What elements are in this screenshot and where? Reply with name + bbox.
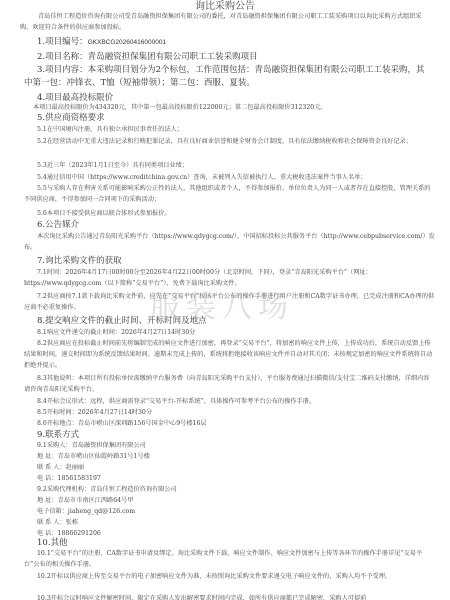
project-number-label: 1.项目编号：: [37, 37, 88, 47]
qualification-item: 5.6本项目不接受供应商以联合体形式参加报价。: [37, 208, 435, 219]
section-7-heading: 7.询比采购文件的获取: [37, 254, 122, 266]
section-10-heading: 10.其他: [37, 536, 68, 548]
qualification-item: 5.1在中国境内注册，具有独立承担民事责任的法人；: [37, 124, 435, 135]
media-text: 本次询比采购公告通过青岛阳光采购平台（https://www.qdygcg.co…: [24, 231, 435, 253]
deadline-item: 8.2供应商应在投标截止时间前先将编制完成的响应文件进行加密，再登录“交易平台”…: [24, 338, 435, 371]
contact-line: 联 系 人：赵丽丽: [37, 462, 435, 473]
contact-line: 9.2采购代理机构：青岛佳恒工程造价咨询有限公司: [37, 484, 435, 495]
document-acquisition-item: 7.2供应商按7.1款下载询比采购文件前，应先在“交易平台”按该平台公布的操作手…: [24, 291, 435, 313]
project-content-label: 3.项目内容：: [37, 65, 88, 75]
section-2: 2.项目名称：青岛融资担保集团有限公司职工工装采购项目: [37, 50, 258, 62]
section-5-heading: 5.供应商资格要求: [37, 111, 105, 123]
contact-line: 地 址：青岛市崂山区仙霞岭路31号1号楼: [37, 451, 435, 462]
contact-line: 联 系 人：张栋: [37, 517, 435, 528]
section-1: 1.项目编号：GKXBCG20260416000001: [37, 35, 166, 47]
project-number-value: GKXBCG20260416000001: [88, 39, 166, 46]
contact-line: 9.1采购人：青岛融资担保集团有限公司: [37, 440, 435, 451]
section-3: 3.项目内容：本采购项目划分为2个标包，工作范围包括：青岛融资担保集团有限公司职…: [24, 64, 432, 90]
deadline-item: 8.5开标时间：2026年4月27日14时30分: [37, 407, 435, 418]
contact-line: 电 话：18866291206: [37, 528, 435, 539]
document-acquisition-item: 7.1时间：2026年4月17日00时00分至2026年4月22日00时00分（…: [24, 267, 435, 289]
deadline-item: 8.3其他说明：本项目所有投标单位需缴纳平台服务费（向青岛阳光采购平台支付），平…: [24, 373, 435, 395]
contact-line: 地 址：青岛市市南区江西路64号甲: [37, 495, 435, 506]
deadline-item: 8.4开标会议形式：远程，供应商需登录“交易平台-开标系统”，具体操作可参考平台…: [37, 396, 435, 407]
project-name-label: 2.项目名称：: [37, 52, 88, 62]
qualification-item: 5.3近三年（2023年1月1日至今）具有同类项目业绩；: [37, 160, 435, 171]
qualification-item: 5.4通过信用中国（https://www.creditchina.gov.cn…: [37, 172, 435, 183]
other-item: 10.2开标以供应商上传至交易平台的电子加密响应文件为准，未按照询比采购文件要求…: [24, 571, 435, 582]
deadline-item: 8.1响应文件递交的截止时间：2026年4月27日14时30分: [37, 327, 435, 338]
contact-email[interactable]: 电子信箱：jiaheng_qd@126.com: [37, 506, 435, 517]
section-9-heading: 9.联系方式: [37, 428, 79, 440]
other-item: 10.3开标会议时响应文件解密时间，限定在采购人发出解密要求时间内完成，如所有供…: [24, 593, 435, 600]
section-6-heading: 6.公告媒介: [37, 218, 79, 230]
other-item: 10.1“交易平台”的注册、CA数字证书申请及绑定、询比采购文件下载、响应文件制…: [24, 548, 435, 570]
qualification-item: 5.5与采购人存在利害关系可能影响采购公正性的法人、其他组织或者个人，不得参加报…: [24, 183, 435, 205]
contact-line: 电 话：18561583197: [37, 473, 435, 484]
intro-paragraph: 青岛佳恒工程造价咨询有限公司受青岛融资担保集团有限公司的委托，对青岛融资担保集团…: [20, 11, 430, 33]
section-8-heading: 8.提交响应文件的截止时间、开标时间及地点: [37, 314, 207, 326]
project-name-value: 青岛融资担保集团有限公司职工工装采购项目: [88, 52, 258, 62]
qualification-item: 5.2在经营活动中无重大违法记录和行贿犯罪记录，具有良好商业信誉和健全财务会计制…: [24, 136, 435, 147]
deadline-item: 8.6开标地点：青岛市崂山区深圳路156号国金中心9号楼16层: [37, 418, 435, 429]
